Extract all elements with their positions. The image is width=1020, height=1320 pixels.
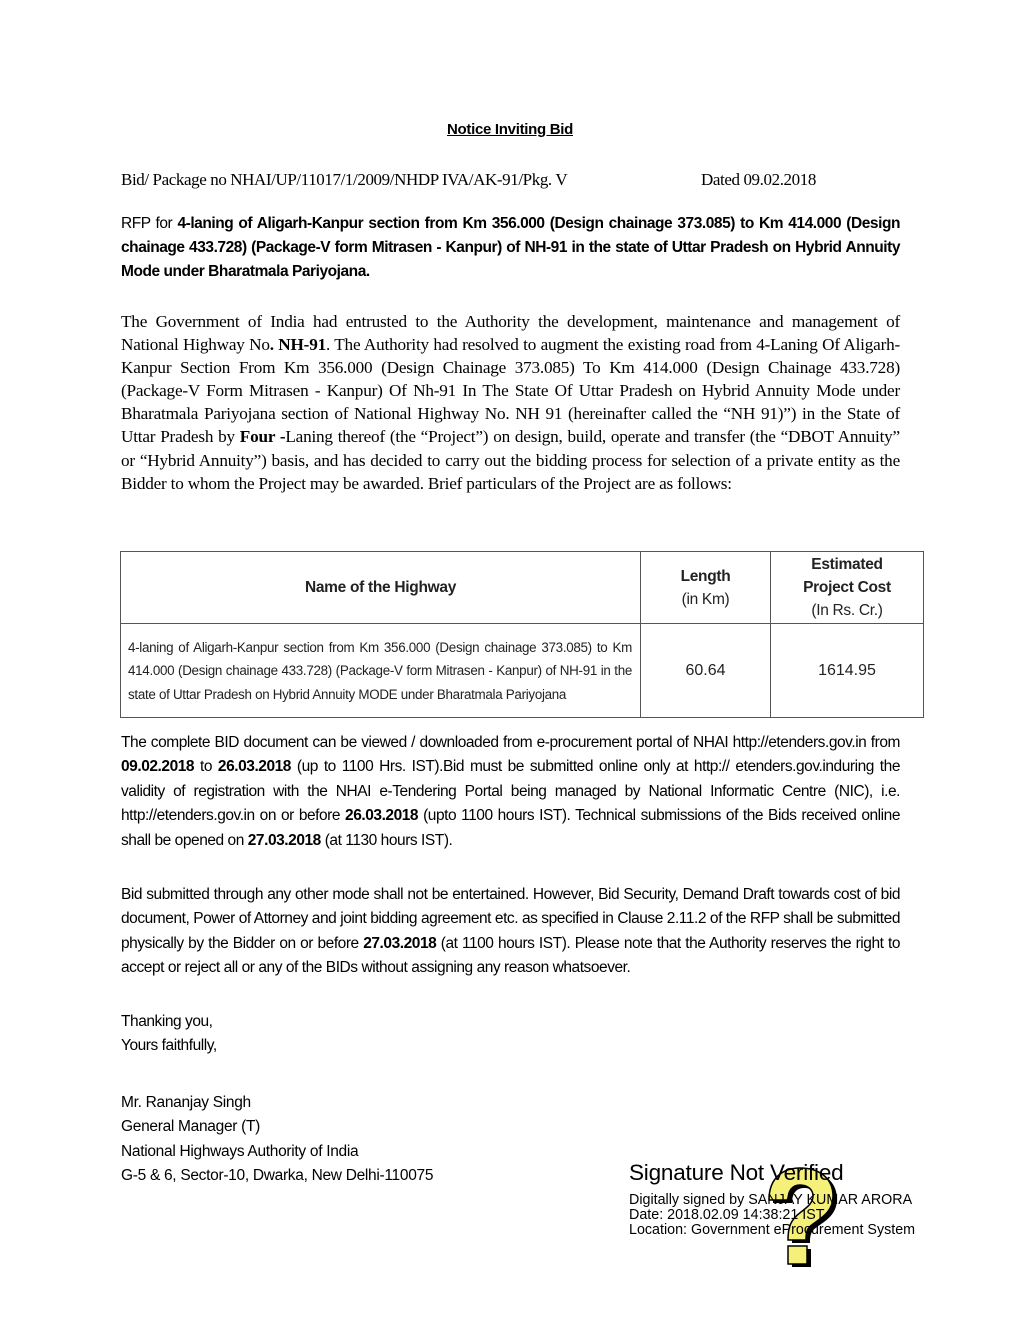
para2-text: (at 1130 hours IST). <box>321 832 453 849</box>
signatory-name: Mr. Rananjay Singh <box>121 1091 433 1115</box>
package-number: Bid/ Package no NHAI/UP/11017/1/2009/NHD… <box>121 170 567 189</box>
para2-text: to <box>194 758 218 775</box>
para2-text: The complete BID document can be viewed … <box>121 734 900 751</box>
signatory-organization: National Highways Authority of India <box>121 1140 433 1164</box>
closing-yours: Yours faithfully, <box>121 1034 217 1058</box>
reference-line: Bid/ Package no NHAI/UP/11017/1/2009/NHD… <box>121 170 901 190</box>
header-label: EstimatedProject Cost <box>803 556 891 596</box>
date-submission: 26.03.2018 <box>345 807 418 824</box>
rfp-subject-text: 4-laning of Aligarh-Kanpur section from … <box>121 215 900 280</box>
date-opening: 27.03.2018 <box>248 832 321 849</box>
para1-bold-nh91: . NH-91 <box>270 335 326 354</box>
signature-date: Date: 2018.02.09 14:38:21 IST <box>629 1208 989 1223</box>
dated: Dated 09.02.2018 <box>701 170 816 190</box>
document-page: Notice Inviting Bid Bid/ Package no NHAI… <box>0 0 1020 1320</box>
signature-status: Signature Not Verified <box>629 1158 989 1188</box>
signatory-designation: General Manager (T) <box>121 1115 433 1139</box>
header-length: Length(in Km) <box>641 552 771 624</box>
signatory-address: G-5 & 6, Sector-10, Dwarka, New Delhi-11… <box>121 1164 433 1188</box>
signature-location: Location: Government eProcurement System <box>629 1223 989 1238</box>
rfp-subject: RFP for 4-laning of Aligarh-Kanpur secti… <box>121 212 900 284</box>
date-physical-submission: 27.03.2018 <box>363 935 436 952</box>
digital-signature-block: Signature Not Verified Digitally signed … <box>629 1158 989 1238</box>
header-label: Name of the Highway <box>305 579 456 596</box>
date-start: 09.02.2018 <box>121 758 194 775</box>
header-unit: (in Km) <box>682 591 730 608</box>
paragraph-physical-submission: Bid submitted through any other mode sha… <box>121 883 900 981</box>
table-header-row: Name of the Highway Length(in Km) Estima… <box>121 552 924 624</box>
header-estimated-cost: EstimatedProject Cost(In Rs. Cr.) <box>771 552 924 624</box>
document-title: Notice Inviting Bid <box>0 121 1020 138</box>
paragraph-bid-document: The complete BID document can be viewed … <box>121 731 900 853</box>
header-name-of-highway: Name of the Highway <box>121 552 641 624</box>
length-cell: 60.64 <box>641 624 771 718</box>
paragraph-background: The Government of India had entrusted to… <box>121 310 900 495</box>
table-row: 4-laning of Aligarh-Kanpur section from … <box>121 624 924 718</box>
signatory-block: Mr. Rananjay Singh General Manager (T) N… <box>121 1091 433 1189</box>
date-end: 26.03.2018 <box>218 758 291 775</box>
header-unit: (In Rs. Cr.) <box>811 602 882 619</box>
closing-thanks: Thanking you, <box>121 1010 217 1034</box>
rfp-prefix: RFP for <box>121 215 177 232</box>
signed-by: Digitally signed by SANJAY KUMAR ARORA <box>629 1193 989 1208</box>
para1-bold-four: Four - <box>240 427 286 446</box>
cost-cell: 1614.95 <box>771 624 924 718</box>
header-label: Length <box>681 568 731 585</box>
closing: Thanking you, Yours faithfully, <box>121 1010 217 1059</box>
project-particulars-table: Name of the Highway Length(in Km) Estima… <box>120 551 924 718</box>
highway-name-cell: 4-laning of Aligarh-Kanpur section from … <box>121 624 641 718</box>
